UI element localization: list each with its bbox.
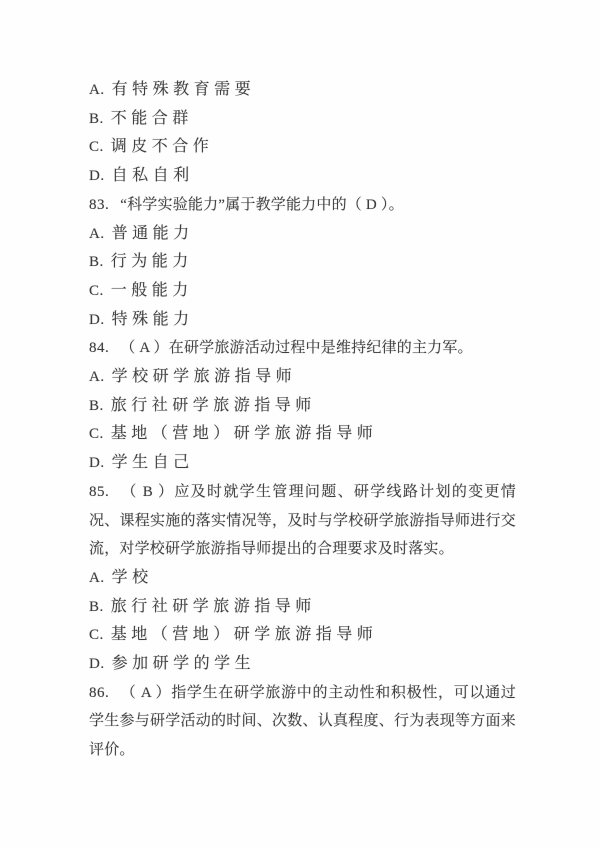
option-label: D.: [89, 312, 105, 328]
question-block: 86.（ A ）指学生在研学旅游中的主动性和积极性，可以通过学生参与研学活动的时…: [89, 679, 516, 765]
option-line: D.自私自利: [89, 162, 516, 191]
option-text: 旅行社研学旅游指导师: [111, 598, 316, 615]
option-label: C.: [89, 426, 104, 442]
question-block: 84.（ A ）在研学旅游活动过程中是维持纪律的主力军。A.学校研学旅游指导师B…: [89, 334, 516, 478]
option-line: B.旅行社研学旅游指导师: [89, 392, 516, 421]
option-text: 一般能力: [111, 282, 193, 299]
question-number: 85.: [89, 484, 109, 500]
option-text: 学校: [112, 569, 153, 586]
option-label: D.: [89, 455, 105, 471]
option-text: 有特殊教育需要: [112, 81, 256, 98]
question-number: 83.: [89, 197, 109, 213]
question-block: A.有特殊教育需要B.不能合群C.调皮不合作D.自私自利: [89, 76, 516, 191]
option-line: A.普通能力: [89, 220, 516, 249]
option-text: 基地（营地）研学旅游指导师: [111, 626, 378, 643]
question-stem: 83.“科学实验能力”属于教学能力中的（ D ）。: [89, 191, 516, 220]
option-label: C.: [89, 139, 104, 155]
option-label: B.: [89, 111, 104, 127]
option-line: A.学校: [89, 564, 516, 593]
option-line: C.基地（营地）研学旅游指导师: [89, 420, 516, 449]
option-line: A.有特殊教育需要: [89, 76, 516, 105]
option-text: 参加研学的学生: [112, 655, 256, 672]
option-label: C.: [89, 283, 104, 299]
option-text: 学生自己: [112, 454, 194, 471]
option-label: D.: [89, 168, 105, 184]
option-line: C.调皮不合作: [89, 133, 516, 162]
question-stem-text: （ B ）应及时就学生管理问题、研学线路计划的变更情况、课程实施的落实情况等，及…: [89, 484, 516, 557]
option-label: A.: [89, 570, 105, 586]
scanned-exam-page: A.有特殊教育需要B.不能合群C.调皮不合作D.自私自利83.“科学实验能力”属…: [0, 0, 600, 849]
option-text: 旅行社研学旅游指导师: [111, 397, 316, 414]
option-line: D.参加研学的学生: [89, 650, 516, 679]
option-text: 调皮不合作: [111, 138, 214, 155]
option-text: 特殊能力: [112, 311, 194, 328]
question-number: 86.: [89, 685, 109, 701]
option-label: A.: [89, 82, 105, 98]
option-label: A.: [89, 226, 105, 242]
option-text: 行为能力: [111, 253, 193, 270]
question-stem-text: （ A ）指学生在研学旅游中的主动性和积极性，可以通过学生参与研学活动的时间、次…: [89, 685, 516, 758]
question-stem-text: “科学实验能力”属于教学能力中的（ D ）。: [120, 197, 404, 213]
question-block: 85.（ B ）应及时就学生管理问题、研学线路计划的变更情况、课程实施的落实情况…: [89, 478, 516, 679]
question-stem: 86.（ A ）指学生在研学旅游中的主动性和积极性，可以通过学生参与研学活动的时…: [89, 679, 516, 765]
option-line: C.一般能力: [89, 277, 516, 306]
option-label: A.: [89, 369, 105, 385]
option-line: A.学校研学旅游指导师: [89, 363, 516, 392]
option-line: B.旅行社研学旅游指导师: [89, 593, 516, 622]
option-label: C.: [89, 627, 104, 643]
option-line: B.行为能力: [89, 248, 516, 277]
option-text: 基地（营地）研学旅游指导师: [111, 425, 378, 442]
option-line: B.不能合群: [89, 105, 516, 134]
question-list: A.有特殊教育需要B.不能合群C.调皮不合作D.自私自利83.“科学实验能力”属…: [89, 76, 516, 765]
option-label: B.: [89, 398, 104, 414]
option-text: 不能合群: [111, 110, 193, 127]
option-text: 学校研学旅游指导师: [112, 368, 297, 385]
option-text: 自私自利: [112, 167, 194, 184]
question-stem: 85.（ B ）应及时就学生管理问题、研学线路计划的变更情况、课程实施的落实情况…: [89, 478, 516, 564]
option-label: B.: [89, 599, 104, 615]
option-line: C.基地（营地）研学旅游指导师: [89, 621, 516, 650]
option-text: 普通能力: [112, 225, 194, 242]
option-label: B.: [89, 254, 104, 270]
option-label: D.: [89, 656, 105, 672]
option-line: D.特殊能力: [89, 306, 516, 335]
question-block: 83.“科学实验能力”属于教学能力中的（ D ）。A.普通能力B.行为能力C.一…: [89, 191, 516, 335]
question-number: 84.: [89, 340, 109, 356]
question-stem-text: （ A ）在研学旅游活动过程中是维持纪律的主力军。: [120, 340, 473, 356]
question-stem: 84.（ A ）在研学旅游活动过程中是维持纪律的主力军。: [89, 334, 516, 363]
option-line: D.学生自己: [89, 449, 516, 478]
